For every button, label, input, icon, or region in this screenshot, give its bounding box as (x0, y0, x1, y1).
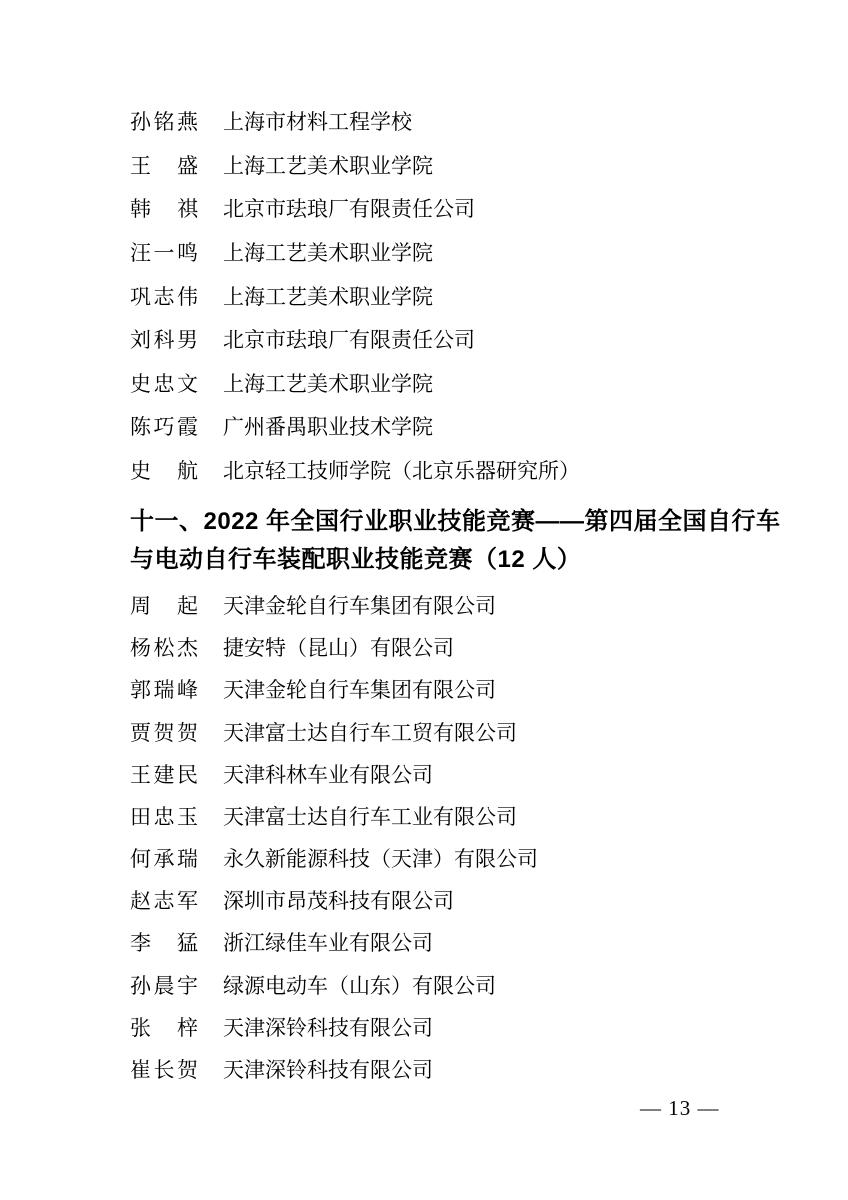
entry-person-name: 陈巧霞 (130, 417, 198, 438)
entry-person-name: 王建民 (130, 765, 198, 786)
entry-organization: 捷安特（昆山）有限公司 (223, 638, 454, 659)
entry-organization: 北京轻工技师学院（北京乐器研究所） (223, 461, 580, 482)
entry-person-name: 孙铭燕 (130, 112, 198, 133)
entry-person-name: 巩志伟 (130, 287, 198, 308)
entry-person-name: 孙晨宇 (130, 976, 198, 997)
entry-person-name: 杨松杰 (130, 638, 198, 659)
entry-organization: 上海工艺美术职业学院 (223, 374, 433, 395)
entry-person-name: 汪一鸣 (130, 243, 198, 264)
roster-entry-row: 赵志军 深圳市昂茂科技有限公司 (130, 881, 808, 923)
section-heading-line-1: 十一、2022 年全国行业职业技能竞赛——第四届全国自行车 (130, 503, 808, 541)
entry-organization: 永久新能源科技（天津）有限公司 (223, 849, 538, 870)
roster-entry-row: 郭瑞峰 天津金轮自行车集团有限公司 (130, 670, 808, 712)
section-heading-line-2: 与电动自行车装配职业技能竞赛（12 人） (130, 541, 808, 579)
entry-organization: 广州番禺职业技术学院 (223, 417, 433, 438)
roster-entry-row: 巩志伟 上海工艺美术职业学院 (130, 275, 808, 319)
entry-person-name: 史 航 (130, 461, 198, 482)
entry-person-name: 刘科男 (130, 330, 198, 351)
entry-organization: 上海市材料工程学校 (223, 112, 412, 133)
section-eleven-heading: 十一、2022 年全国行业职业技能竞赛——第四届全国自行车 与电动自行车装配职业… (130, 503, 808, 579)
entry-person-name: 赵志军 (130, 891, 198, 912)
entry-organization: 上海工艺美术职业学院 (223, 156, 433, 177)
entry-person-name: 崔长贺 (130, 1060, 198, 1081)
roster-entry-row: 孙晨宇 绿源电动车（山东）有限公司 (130, 965, 808, 1007)
entry-organization: 上海工艺美术职业学院 (223, 243, 433, 264)
roster-entry-row: 杨松杰 捷安特（昆山）有限公司 (130, 628, 808, 670)
roster-entry-row: 李 猛 浙江绿佳车业有限公司 (130, 923, 808, 965)
entry-organization: 浙江绿佳车业有限公司 (223, 933, 433, 954)
entry-person-name: 田忠玉 (130, 807, 198, 828)
page-number: — 13 — (640, 1096, 720, 1121)
roster-entry-row: 刘科男 北京市珐琅厂有限责任公司 (130, 319, 808, 363)
roster-entry-row: 孙铭燕 上海市材料工程学校 (130, 101, 808, 145)
entry-organization: 北京市珐琅厂有限责任公司 (223, 330, 475, 351)
entry-person-name: 韩 祺 (130, 199, 198, 220)
entry-organization: 天津科林车业有限公司 (223, 765, 433, 786)
entry-organization: 深圳市昂茂科技有限公司 (223, 891, 454, 912)
entry-person-name: 何承瑞 (130, 849, 198, 870)
entry-organization: 天津富士达自行车工贸有限公司 (223, 723, 517, 744)
roster-entry-row: 王建民 天津科林车业有限公司 (130, 754, 808, 796)
entry-person-name: 王 盛 (130, 156, 198, 177)
roster-entry-row: 汪一鸣 上海工艺美术职业学院 (130, 232, 808, 276)
entry-organization: 天津富士达自行车工业有限公司 (223, 807, 517, 828)
entry-person-name: 史忠文 (130, 374, 198, 395)
entry-organization: 天津金轮自行车集团有限公司 (223, 596, 496, 617)
roster-top: 孙铭燕 上海市材料工程学校 王 盛 上海工艺美术职业学院 韩 祺 北京市珐琅厂有… (130, 101, 808, 493)
roster-section-eleven: 周 起 天津金轮自行车集团有限公司 杨松杰 捷安特（昆山）有限公司 郭瑞峰 天津… (130, 585, 808, 1091)
roster-entry-row: 王 盛 上海工艺美术职业学院 (130, 145, 808, 189)
roster-entry-row: 史忠文 上海工艺美术职业学院 (130, 363, 808, 407)
document-page: 孙铭燕 上海市材料工程学校 王 盛 上海工艺美术职业学院 韩 祺 北京市珐琅厂有… (0, 0, 848, 1200)
entry-person-name: 郭瑞峰 (130, 680, 198, 701)
entry-person-name: 李 猛 (130, 933, 198, 954)
roster-entry-row: 史 航 北京轻工技师学院（北京乐器研究所） (130, 450, 808, 494)
roster-entry-row: 田忠玉 天津富士达自行车工业有限公司 (130, 796, 808, 838)
roster-entry-row: 何承瑞 永久新能源科技（天津）有限公司 (130, 838, 808, 880)
entry-person-name: 贾贺贺 (130, 723, 198, 744)
page-content: 孙铭燕 上海市材料工程学校 王 盛 上海工艺美术职业学院 韩 祺 北京市珐琅厂有… (130, 101, 808, 1092)
roster-entry-row: 陈巧霞 广州番禺职业技术学院 (130, 406, 808, 450)
entry-organization: 天津深铃科技有限公司 (223, 1018, 433, 1039)
entry-person-name: 张 梓 (130, 1018, 198, 1039)
entry-organization: 天津金轮自行车集团有限公司 (223, 680, 496, 701)
entry-person-name: 周 起 (130, 596, 198, 617)
roster-entry-row: 贾贺贺 天津富士达自行车工贸有限公司 (130, 712, 808, 754)
roster-entry-row: 周 起 天津金轮自行车集团有限公司 (130, 585, 808, 627)
entry-organization: 上海工艺美术职业学院 (223, 287, 433, 308)
entry-organization: 天津深铃科技有限公司 (223, 1060, 433, 1081)
roster-entry-row: 张 梓 天津深铃科技有限公司 (130, 1007, 808, 1049)
roster-entry-row: 崔长贺 天津深铃科技有限公司 (130, 1049, 808, 1091)
roster-entry-row: 韩 祺 北京市珐琅厂有限责任公司 (130, 188, 808, 232)
entry-organization: 绿源电动车（山东）有限公司 (223, 976, 496, 997)
entry-organization: 北京市珐琅厂有限责任公司 (223, 199, 475, 220)
